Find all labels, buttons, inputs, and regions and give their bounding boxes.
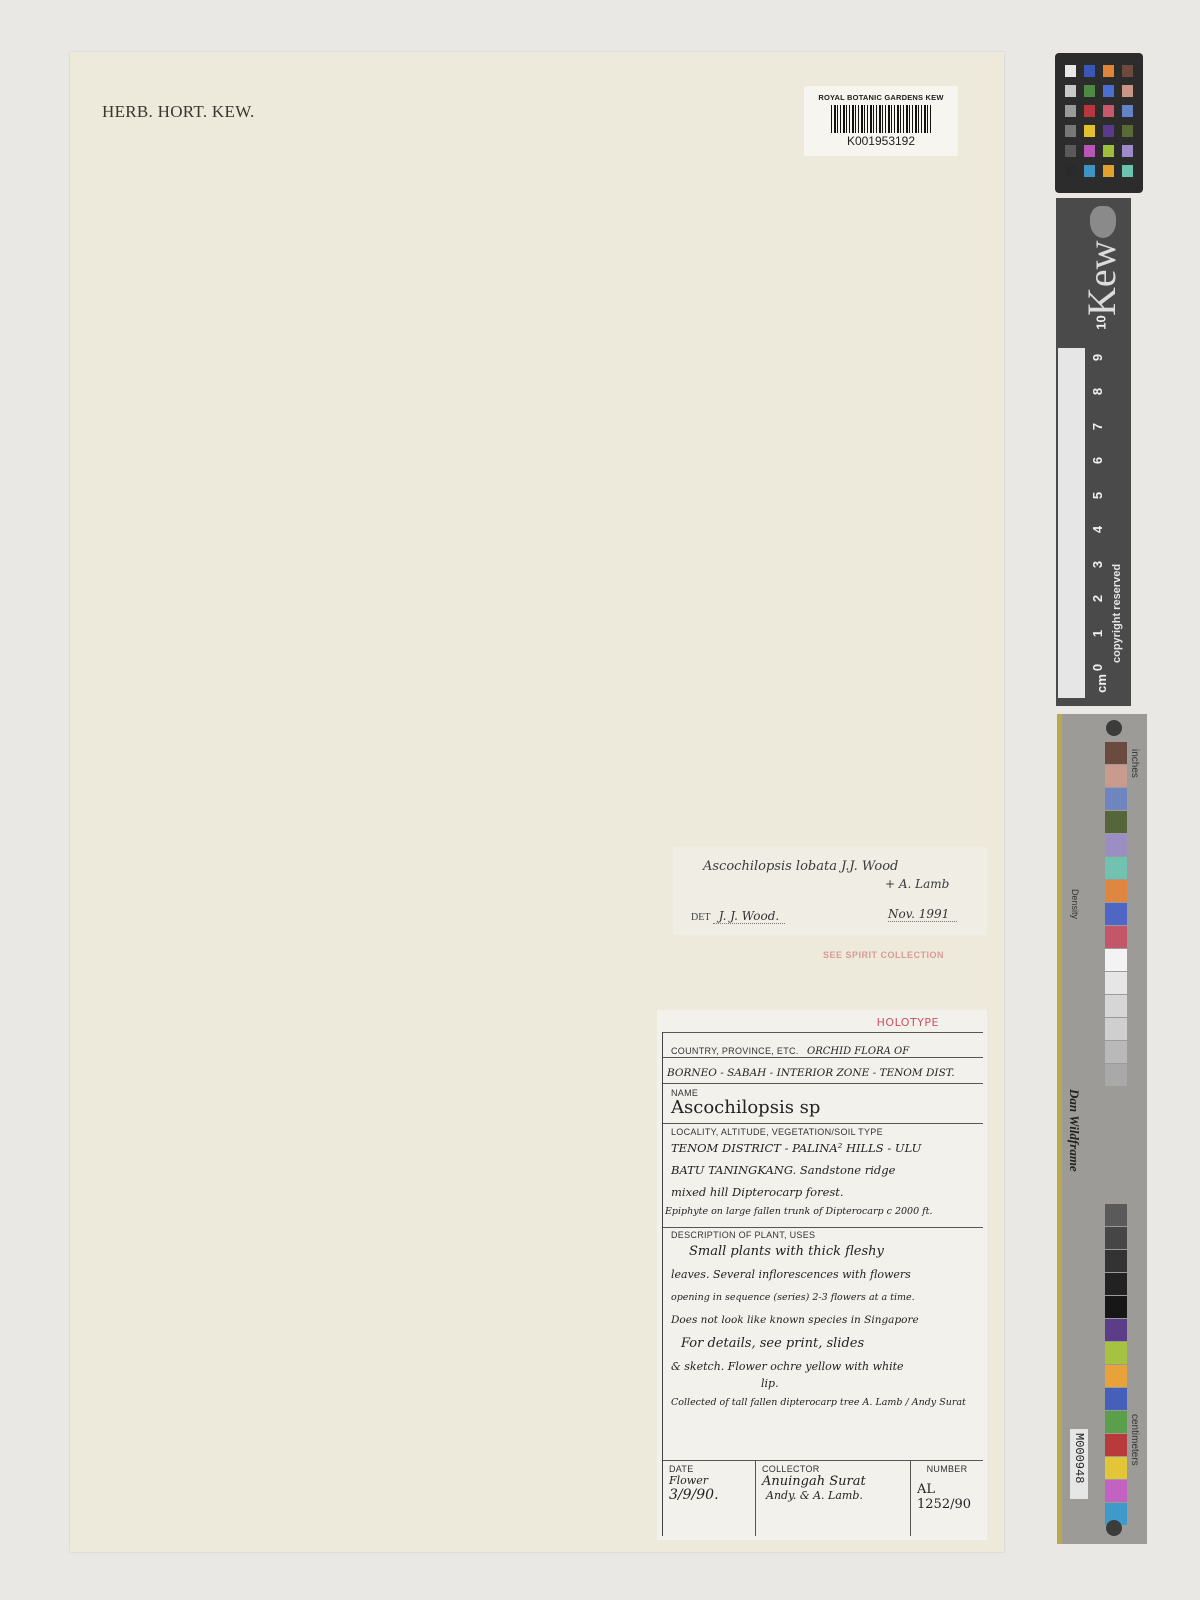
ruler-tick-label: 10: [1094, 315, 1109, 329]
target-swatch: [1105, 1365, 1127, 1387]
determination-label: Ascochilopsis lobata J.J. Wood + A. Lamb…: [673, 847, 987, 935]
locality-line: mixed hill Dipterocarp forest.: [671, 1181, 983, 1203]
color-swatch: [1084, 65, 1095, 77]
description-line: Small plants with thick fleshy: [671, 1240, 983, 1263]
color-swatch: [1122, 65, 1133, 77]
target-swatch: [1105, 1227, 1127, 1249]
barcode-icon: [831, 105, 931, 133]
color-swatch: [1084, 85, 1095, 97]
collection-label: HOLOTYPE COUNTRY, PROVINCE, ETC. ORCHID …: [657, 1010, 987, 1540]
color-swatch: [1103, 125, 1114, 137]
barcode-institution: ROYAL BOTANIC GARDENS KEW: [804, 93, 958, 102]
ruler-tick-label: 6: [1090, 457, 1105, 464]
det-authors: + A. Lamb: [885, 877, 949, 891]
collector-value: Andy. & A. Lamb.: [762, 1489, 904, 1502]
target-swatch: [1105, 765, 1127, 787]
color-swatch: [1084, 165, 1095, 177]
color-swatch: [1103, 165, 1114, 177]
date-value: Flower: [669, 1474, 749, 1487]
ruler-scale-bar: [1058, 348, 1085, 698]
description-line: Collected of tall fallen dipterocarp tre…: [671, 1390, 983, 1416]
description-line: & sketch. Flower ochre yellow with white: [671, 1355, 983, 1378]
target-swatch: [1105, 972, 1127, 994]
strip-cm-label: centimeters: [1129, 1414, 1140, 1466]
color-swatch: [1103, 65, 1114, 77]
target-swatch: [1105, 1273, 1127, 1295]
target-swatch: [1105, 1296, 1127, 1318]
strip-inches-label: inches: [1129, 749, 1140, 778]
strip-code: M000948: [1072, 1433, 1086, 1483]
country-row-2: BORNEO - SABAH - INTERIOR ZONE - TENOM D…: [663, 1058, 983, 1084]
locality-line: Epiphyte on large fallen trunk of Dipter…: [665, 1203, 983, 1221]
country-label: COUNTRY, PROVINCE, ETC.: [671, 1046, 799, 1056]
country-value-1: ORCHID FLORA OF: [807, 1046, 909, 1057]
herbarium-title: HERB. HORT. KEW.: [102, 102, 255, 122]
target-swatch: [1105, 1388, 1127, 1410]
scale-ruler: Kew copyright reserved 012345678910 cm: [1056, 198, 1131, 706]
color-swatch: [1065, 105, 1076, 117]
description-line: opening in sequence (series) 2-3 flowers…: [671, 1286, 983, 1309]
det-determiner: J. J. Wood.: [713, 909, 785, 924]
target-swatch: [1105, 926, 1127, 948]
color-swatch: [1084, 105, 1095, 117]
color-swatch: [1103, 145, 1114, 157]
collector-label: COLLECTOR: [762, 1464, 904, 1474]
ruler-tick-label: 7: [1090, 422, 1105, 429]
target-swatch: [1105, 949, 1127, 971]
date-collector-number-row: DATE Flower 3/9/90. COLLECTOR Anuingah S…: [663, 1460, 983, 1536]
color-swatch: [1122, 125, 1133, 137]
target-swatch: [1105, 1018, 1127, 1040]
target-swatch: [1105, 1064, 1127, 1086]
crest-icon: [1090, 206, 1116, 238]
color-swatch: [1103, 105, 1114, 117]
target-swatch: [1105, 1457, 1127, 1479]
ruler-tick-label: 2: [1090, 595, 1105, 602]
locality-row: LOCALITY, ALTITUDE, VEGETATION/SOIL TYPE…: [663, 1124, 983, 1228]
spirit-collection-stamp: SEE SPIRIT COLLECTION: [823, 950, 944, 960]
target-swatch: [1105, 1319, 1127, 1341]
barcode-label: ROYAL BOTANIC GARDENS KEW K001953192: [804, 86, 958, 156]
target-swatch: [1105, 995, 1127, 1017]
date-cell: DATE Flower 3/9/90.: [663, 1461, 755, 1536]
ruler-brand: Kew: [1078, 240, 1125, 316]
collector-value: Anuingah Surat: [762, 1474, 904, 1489]
ruler-tick-label: 8: [1090, 388, 1105, 395]
target-swatch: [1105, 811, 1127, 833]
date-value: 3/9/90.: [669, 1487, 749, 1503]
color-swatch: [1065, 65, 1076, 77]
color-swatch: [1122, 165, 1133, 177]
target-swatch: [1105, 857, 1127, 879]
ruler-tick-label: 0: [1090, 664, 1105, 671]
description-line: Does not look like known species in Sing…: [671, 1309, 983, 1332]
det-date: Nov. 1991: [888, 907, 957, 922]
target-swatch: [1105, 880, 1127, 902]
ruler-tick-label: 5: [1090, 491, 1105, 498]
number-label: NUMBER: [917, 1464, 977, 1474]
herbarium-sheet: HERB. HORT. KEW. ROYAL BOTANIC GARDENS K…: [70, 52, 1004, 1552]
color-target-strip: inches Density Dan Wildframe M000948 cen…: [1057, 714, 1147, 1544]
barcode-number: K001953192: [804, 134, 958, 148]
color-swatch: [1103, 85, 1114, 97]
color-checker-card: [1055, 53, 1143, 193]
collector-cell: COLLECTOR Anuingah Surat Andy. & A. Lamb…: [755, 1461, 910, 1536]
strip-code-label: M000948: [1070, 1429, 1088, 1499]
label-frame: COUNTRY, PROVINCE, ETC. ORCHID FLORA OF …: [662, 1032, 982, 1536]
target-swatch: [1105, 1480, 1127, 1502]
color-swatch: [1065, 125, 1076, 137]
locality-line: TENOM DISTRICT - PALINA² HILLS - ULU: [671, 1137, 983, 1159]
color-swatch: [1065, 165, 1076, 177]
description-line: leaves. Several inflorescences with flow…: [671, 1263, 983, 1286]
det-taxon: Ascochilopsis lobata J.J. Wood: [703, 859, 898, 874]
color-swatch: [1122, 105, 1133, 117]
ruler-copyright: copyright reserved: [1111, 564, 1123, 663]
strip-density-label: Density: [1070, 889, 1080, 919]
color-swatch: [1065, 85, 1076, 97]
target-swatch: [1105, 1250, 1127, 1272]
number-value: AL 1252/90: [917, 1482, 977, 1512]
color-swatch: [1084, 145, 1095, 157]
name-row: NAME Ascochilopsis sp: [663, 1084, 983, 1124]
name-value: Ascochilopsis sp: [671, 1098, 983, 1118]
target-swatch: [1105, 1041, 1127, 1063]
det-prefix: DET: [691, 912, 710, 923]
strip-hole-bottom: [1106, 1520, 1122, 1536]
det-line: DET J. J. Wood.: [691, 909, 785, 923]
color-swatch: [1122, 85, 1133, 97]
target-swatch: [1105, 903, 1127, 925]
description-label: DESCRIPTION OF PLANT, USES: [671, 1230, 983, 1240]
strip-brand: Dan Wildframe: [1066, 1089, 1082, 1172]
ruler-unit: cm: [1094, 674, 1109, 693]
target-swatch: [1105, 1434, 1127, 1456]
description-line: lip.: [671, 1378, 983, 1390]
type-status: HOLOTYPE: [877, 1016, 939, 1029]
ruler-tick-label: 4: [1090, 526, 1105, 533]
ruler-tick-label: 3: [1090, 560, 1105, 567]
description-line: For details, see print, slides: [671, 1332, 983, 1355]
color-swatch: [1065, 145, 1076, 157]
target-swatch: [1105, 1204, 1127, 1226]
ruler-tick-label: 9: [1090, 353, 1105, 360]
target-swatch: [1105, 1411, 1127, 1433]
target-swatch: [1105, 788, 1127, 810]
number-cell: NUMBER AL 1252/90: [910, 1461, 983, 1536]
target-swatch: [1105, 834, 1127, 856]
description-section: DESCRIPTION OF PLANT, USES Small plants …: [663, 1230, 983, 1460]
date-label: DATE: [669, 1464, 749, 1474]
color-swatch: [1084, 125, 1095, 137]
country-value-2: BORNEO - SABAH - INTERIOR ZONE - TENOM D…: [667, 1067, 955, 1079]
ruler-tick-label: 1: [1090, 629, 1105, 636]
color-swatch: [1122, 145, 1133, 157]
locality-line: BATU TANINGKANG. Sandstone ridge: [671, 1159, 983, 1181]
target-swatch: [1105, 1342, 1127, 1364]
target-swatch: [1105, 742, 1127, 764]
country-row: COUNTRY, PROVINCE, ETC. ORCHID FLORA OF: [663, 1032, 983, 1058]
strip-hole-top: [1106, 720, 1122, 736]
locality-label: LOCALITY, ALTITUDE, VEGETATION/SOIL TYPE: [671, 1127, 983, 1137]
